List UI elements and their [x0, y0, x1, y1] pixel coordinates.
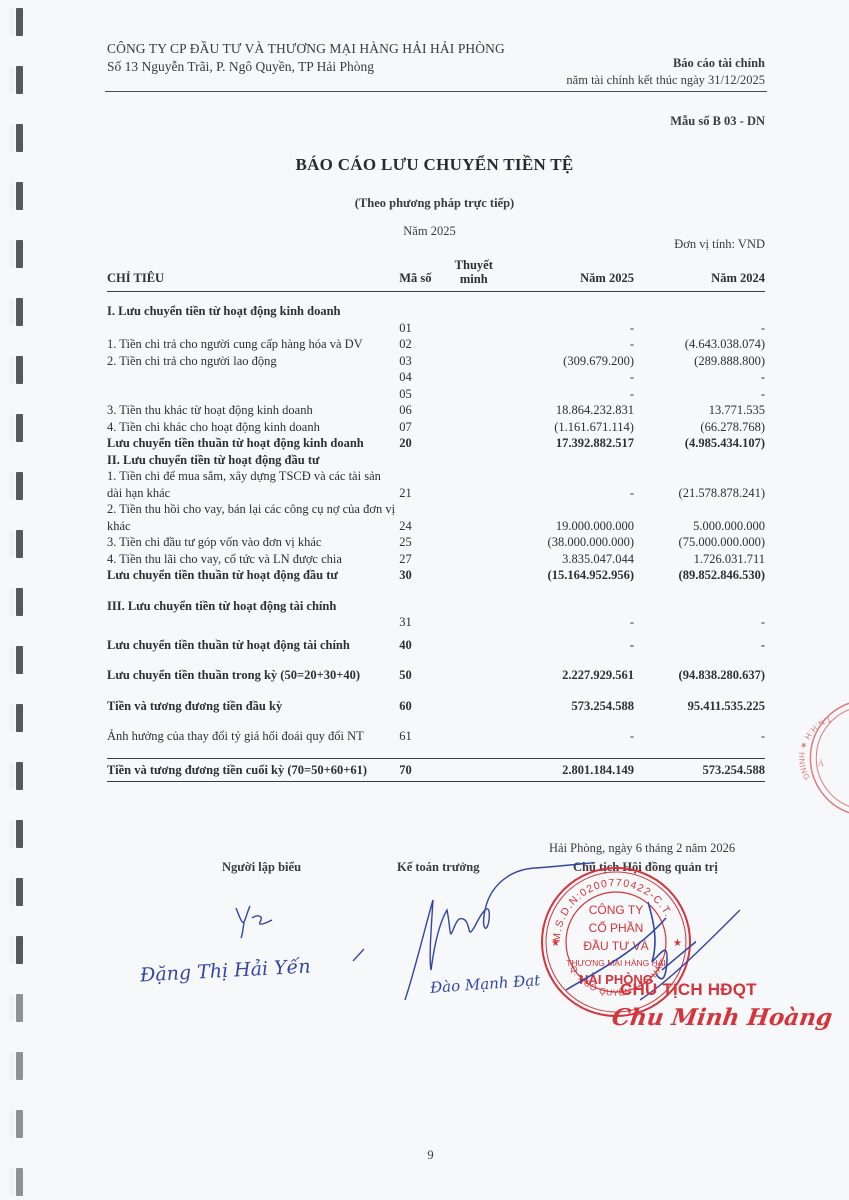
column-header-prior-year: Năm 2024 [634, 255, 765, 291]
seal-text-line: CỔ PHẦN [589, 920, 644, 935]
row-label: I. Lưu chuyển tiền từ hoạt động kinh doa… [107, 303, 399, 320]
row-current-year: (309.679.200) [503, 353, 634, 370]
company-address: Số 13 Nguyễn Trãi, P. Ngô Quyền, TP Hải … [107, 58, 505, 76]
column-header-current-year: Năm 2025 [503, 255, 634, 291]
binding-ring [16, 1168, 23, 1196]
binding-ring [16, 472, 23, 500]
row-current-year: - [503, 336, 634, 353]
row-note [445, 567, 503, 584]
row-label: 2. Tiền thu hồi cho vay, bán lại các côn… [107, 501, 399, 534]
row-prior-year: 13.771.535 [634, 402, 765, 419]
company-header: CÔNG TY CP ĐẦU TƯ VÀ THƯƠNG MẠI HÀNG HẢI… [107, 40, 505, 76]
row-spacer [107, 653, 765, 667]
row-note [445, 728, 503, 745]
row-current-year [503, 452, 634, 469]
row-current-year: (1.161.671.114) [503, 419, 634, 436]
row-prior-year: - [634, 728, 765, 745]
company-name: CÔNG TY CP ĐẦU TƯ VÀ THƯƠNG MẠI HÀNG HẢI… [107, 40, 505, 58]
row-label: 1. Tiền chi trả cho người cung cấp hàng … [107, 336, 399, 353]
row-spacer [107, 684, 765, 698]
column-header-code: Mã số [399, 255, 444, 291]
row-label: 1. Tiền chi để mua sắm, xây dựng TSCĐ và… [107, 468, 399, 501]
row-label: III. Lưu chuyển tiền từ hoạt động tài ch… [107, 598, 399, 615]
row-label [107, 320, 399, 337]
row-note [445, 614, 503, 631]
table-row: 31-- [107, 614, 765, 631]
binding-ring [16, 8, 23, 36]
binding-ring [16, 646, 23, 674]
spacer-cell [107, 745, 765, 759]
row-note [445, 386, 503, 403]
row-code: 06 [399, 402, 444, 419]
row-code: 50 [399, 667, 444, 684]
spacer-cell [107, 653, 765, 667]
row-prior-year [634, 303, 765, 320]
row-prior-year: 95.411.535.225 [634, 698, 765, 715]
binding-ring [16, 994, 23, 1022]
table-row: 2. Tiền chi trả cho người lao động03(309… [107, 353, 765, 370]
binding-ring [16, 704, 23, 732]
table-row: 1. Tiền chi trả cho người cung cấp hàng … [107, 336, 765, 353]
binding-ring [16, 414, 23, 442]
report-header: Báo cáo tài chính năm tài chính kết thúc… [566, 55, 765, 89]
row-note [445, 551, 503, 568]
row-code [399, 598, 444, 615]
table-row: 04-- [107, 369, 765, 386]
row-current-year: - [503, 468, 634, 501]
preparer-role: Người lập biểu [222, 860, 301, 875]
row-prior-year: 573.254.588 [634, 759, 765, 782]
table-row: Tiền và tương đương tiền cuối kỳ (70=50+… [107, 759, 765, 782]
page-title: BÁO CÁO LƯU CHUYỂN TIỀN TỆ [0, 155, 849, 175]
row-label: 4. Tiền thu lãi cho vay, cổ tức và LN đư… [107, 551, 399, 568]
row-current-year: - [503, 386, 634, 403]
row-label: Lưu chuyển tiền thuần từ hoạt động tài c… [107, 637, 399, 654]
row-code: 03 [399, 353, 444, 370]
page-number: 9 [0, 1148, 849, 1163]
table-row: Ảnh hưởng của thay đổi tỷ giá hối đoái q… [107, 728, 765, 745]
report-method: (Theo phương pháp trực tiếp) [0, 196, 849, 211]
chairman-stamp-title: CHỦ TỊCH HĐQT [620, 980, 757, 1000]
column-header-label: CHỈ TIÊU [107, 255, 399, 291]
row-note [445, 534, 503, 551]
row-current-year: - [503, 637, 634, 654]
row-prior-year: (4.985.434.107) [634, 435, 765, 452]
row-prior-year [634, 452, 765, 469]
row-code: 07 [399, 419, 444, 436]
row-prior-year: (4.643.038.074) [634, 336, 765, 353]
binding-ring [16, 878, 23, 906]
table-header: CHỈ TIÊU Mã số Thuyết minh Năm 2025 Năm … [107, 255, 765, 291]
report-type: Báo cáo tài chính [566, 55, 765, 72]
row-code: 05 [399, 386, 444, 403]
table-body: I. Lưu chuyển tiền từ hoạt động kinh doa… [107, 291, 765, 781]
row-label: Lưu chuyển tiền thuần từ hoạt động đầu t… [107, 567, 399, 584]
table-row: II. Lưu chuyển tiền từ hoạt động đầu tư [107, 452, 765, 469]
row-code: 31 [399, 614, 444, 631]
header-divider [105, 91, 767, 92]
row-label: 3. Tiền thu khác từ hoạt động kinh doanh [107, 402, 399, 419]
row-current-year: 573.254.588 [503, 698, 634, 715]
seal-text-line: ĐẦU TƯ VÀ [583, 938, 648, 953]
binding-ring [16, 298, 23, 326]
binding-ring [16, 124, 23, 152]
edge-seal-fragment: T.N.H.H ★ HNING Ả [790, 698, 849, 818]
binding-ring [16, 762, 23, 790]
table-row: 1. Tiền chi để mua sắm, xây dựng TSCĐ và… [107, 468, 765, 501]
row-prior-year: (75.000.000.000) [634, 534, 765, 551]
table-row: 3. Tiền chi đầu tư góp vốn vào đơn vị kh… [107, 534, 765, 551]
preparer-initial-signature [230, 900, 280, 940]
row-current-year: 18.864.232.831 [503, 402, 634, 419]
row-note [445, 435, 503, 452]
row-prior-year: - [634, 369, 765, 386]
row-prior-year: (66.278.768) [634, 419, 765, 436]
binding-ring [16, 1052, 23, 1080]
row-label: 2. Tiền chi trả cho người lao động [107, 353, 399, 370]
table-row: 4. Tiền chi khác cho hoạt động kinh doan… [107, 419, 765, 436]
table-row: III. Lưu chuyển tiền từ hoạt động tài ch… [107, 598, 765, 615]
row-note [445, 759, 503, 782]
binding-ring [16, 356, 23, 384]
row-label: Lưu chuyển tiền thuần từ hoạt động kinh … [107, 435, 399, 452]
table-row: 4. Tiền thu lãi cho vay, cổ tức và LN đư… [107, 551, 765, 568]
row-prior-year: (21.578.878.241) [634, 468, 765, 501]
row-current-year: - [503, 728, 634, 745]
row-code: 40 [399, 637, 444, 654]
row-code: 25 [399, 534, 444, 551]
row-note [445, 419, 503, 436]
row-note [445, 303, 503, 320]
row-note [445, 598, 503, 615]
binding-ring [16, 1110, 23, 1138]
row-prior-year: - [634, 386, 765, 403]
row-current-year: (15.164.952.956) [503, 567, 634, 584]
row-label [107, 614, 399, 631]
row-note [445, 501, 503, 534]
seal-text-line: CÔNG TY [589, 902, 643, 917]
row-code: 60 [399, 698, 444, 715]
binding-ring [16, 530, 23, 558]
row-code: 61 [399, 728, 444, 745]
table-row: Lưu chuyển tiền thuần từ hoạt động tài c… [107, 637, 765, 654]
row-code [399, 452, 444, 469]
row-prior-year: (289.888.800) [634, 353, 765, 370]
spacer-cell [107, 291, 765, 303]
row-note [445, 452, 503, 469]
chairman-stamp-name: Chu Minh Hoàng [610, 1004, 834, 1031]
row-current-year: 17.392.882.517 [503, 435, 634, 452]
row-label: 3. Tiền chi đầu tư góp vốn vào đơn vị kh… [107, 534, 399, 551]
row-code: 30 [399, 567, 444, 584]
table-row: Lưu chuyển tiền thuần từ hoạt động đầu t… [107, 567, 765, 584]
table-row: Lưu chuyển tiền thuần trong kỳ (50=20+30… [107, 667, 765, 684]
fiscal-year-end: năm tài chính kết thúc ngày 31/12/2025 [566, 72, 765, 89]
binding-ring [16, 66, 23, 94]
row-prior-year: 1.726.031.711 [634, 551, 765, 568]
financial-report-page: CÔNG TY CP ĐẦU TƯ VÀ THƯƠNG MẠI HÀNG HẢI… [0, 0, 849, 1200]
table-row: 3. Tiền thu khác từ hoạt động kinh doanh… [107, 402, 765, 419]
row-label: Lưu chuyển tiền thuần trong kỳ (50=20+30… [107, 667, 399, 684]
table-row: I. Lưu chuyển tiền từ hoạt động kinh doa… [107, 303, 765, 320]
spacer-cell [107, 584, 765, 598]
row-code: 24 [399, 501, 444, 534]
row-code: 04 [399, 369, 444, 386]
row-code: 01 [399, 320, 444, 337]
spacer-cell [107, 684, 765, 698]
row-note [445, 698, 503, 715]
row-code: 27 [399, 551, 444, 568]
row-prior-year: (89.852.846.530) [634, 567, 765, 584]
row-label: Tiền và tương đương tiền đầu kỳ [107, 698, 399, 715]
row-current-year: (38.000.000.000) [503, 534, 634, 551]
row-label: Ảnh hưởng của thay đổi tỷ giá hối đoái q… [107, 728, 399, 745]
table-row: Tiền và tương đương tiền đầu kỳ60573.254… [107, 698, 765, 715]
spiral-binding [0, 0, 30, 1200]
row-code [399, 303, 444, 320]
preparer-signature: Đặng Thị Hải Yến [140, 956, 312, 987]
binding-ring [16, 936, 23, 964]
row-label [107, 386, 399, 403]
table-row: Lưu chuyển tiền thuần từ hoạt động kinh … [107, 435, 765, 452]
row-note [445, 667, 503, 684]
row-current-year [503, 598, 634, 615]
binding-ring [16, 240, 23, 268]
row-code: 02 [399, 336, 444, 353]
table-row: 01-- [107, 320, 765, 337]
row-spacer [107, 714, 765, 728]
row-current-year: 3.835.047.044 [503, 551, 634, 568]
row-prior-year: 5.000.000.000 [634, 501, 765, 534]
row-note [445, 320, 503, 337]
row-code: 70 [399, 759, 444, 782]
table-row: 2. Tiền thu hồi cho vay, bán lại các côn… [107, 501, 765, 534]
row-label: II. Lưu chuyển tiền từ hoạt động đầu tư [107, 452, 399, 469]
row-prior-year: - [634, 614, 765, 631]
row-current-year: 2.227.929.561 [503, 667, 634, 684]
row-current-year: - [503, 614, 634, 631]
row-note [445, 369, 503, 386]
column-header-note: Thuyết minh [445, 255, 503, 291]
row-prior-year: - [634, 637, 765, 654]
signature-place-date: Hải Phòng, ngày 6 tháng 2 năm 2026 [549, 841, 735, 856]
signature-tick [350, 945, 370, 965]
svg-text:Ả: Ả [818, 758, 824, 768]
row-current-year: 19.000.000.000 [503, 501, 634, 534]
row-note [445, 468, 503, 501]
row-spacer [107, 291, 765, 303]
row-current-year: - [503, 369, 634, 386]
row-note [445, 402, 503, 419]
binding-ring [16, 820, 23, 848]
row-note [445, 336, 503, 353]
svg-text:T.N.H.H ★ HNING: T.N.H.H ★ HNING [797, 714, 832, 782]
row-current-year [503, 303, 634, 320]
row-current-year: 2.801.184.149 [503, 759, 634, 782]
form-code: Mẫu số B 03 - DN [670, 114, 765, 129]
row-code: 20 [399, 435, 444, 452]
spacer-cell [107, 714, 765, 728]
row-prior-year [634, 598, 765, 615]
cash-flow-table: CHỈ TIÊU Mã số Thuyết minh Năm 2025 Năm … [107, 255, 765, 782]
row-code: 21 [399, 468, 444, 501]
row-note [445, 637, 503, 654]
currency-unit: Đơn vị tính: VND [674, 237, 765, 252]
binding-ring [16, 588, 23, 616]
row-note [445, 353, 503, 370]
svg-text:★: ★ [551, 938, 560, 949]
row-spacer [107, 745, 765, 759]
table-row: 05-- [107, 386, 765, 403]
row-label: Tiền và tương đương tiền cuối kỳ (70=50+… [107, 759, 399, 782]
row-label: 4. Tiền chi khác cho hoạt động kinh doan… [107, 419, 399, 436]
row-spacer [107, 584, 765, 598]
row-label [107, 369, 399, 386]
row-prior-year: (94.838.280.637) [634, 667, 765, 684]
row-current-year: - [503, 320, 634, 337]
row-prior-year: - [634, 320, 765, 337]
